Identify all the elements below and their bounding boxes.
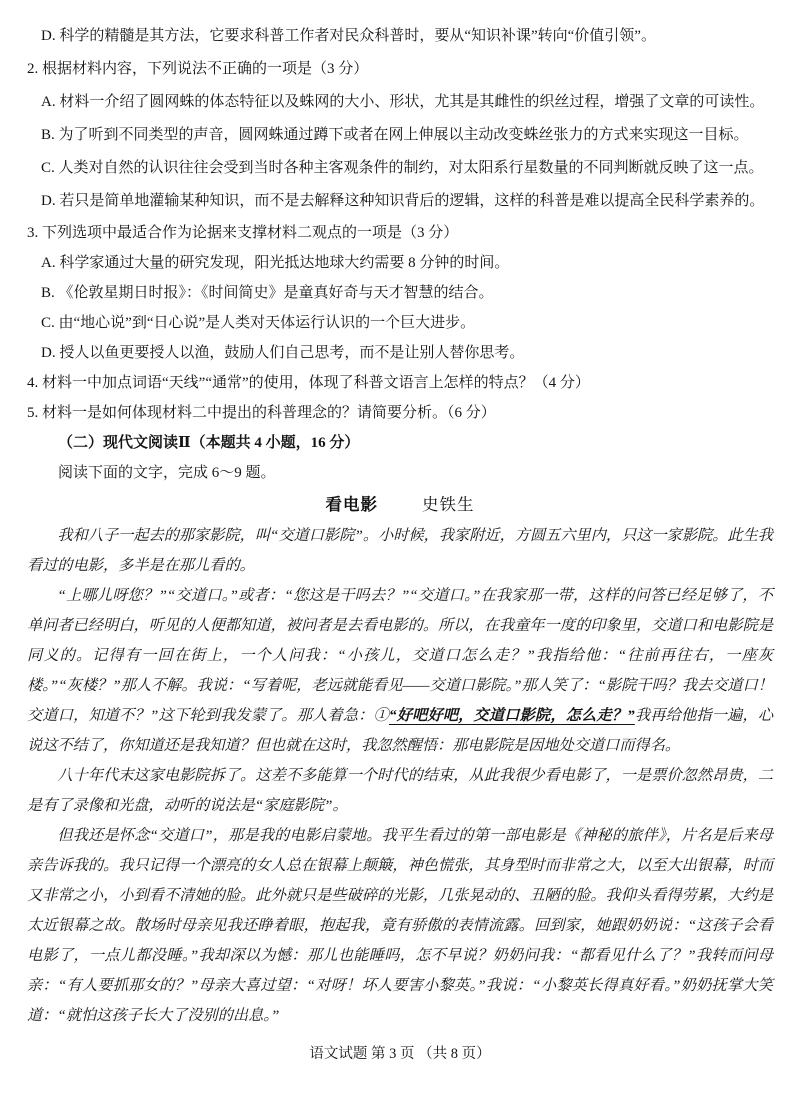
reading-instruction: 阅读下面的文字，完成 6～9 题。 — [27, 458, 773, 488]
page-footer: 语文试题 第 3 页 （共 8 页） — [27, 1044, 773, 1064]
q2-option-d: D. 若只是简单地灌输某种知识，而不是去解释这种知识背后的逻辑，这样的科普是难以… — [27, 185, 773, 218]
story-paragraph-1: 我和八子一起去的那家影院，叫“交道口影院”。小时候，我家附近，方圆五六里内，只这… — [27, 521, 773, 581]
q3-option-c: C. 由“地心说”到“日心说”是人类对天体运行认识的一个巨大进步。 — [27, 308, 773, 338]
q3-option-d: D. 授人以鱼更要授人以渔，鼓励人们自己思考，而不是让别人替你思考。 — [27, 338, 773, 368]
q2-option-c: C. 人类对自然的认识往往会受到当时各种主客观条件的制约，对太阳系行星数量的不同… — [27, 152, 773, 185]
section2-heading: （二）现代文阅读Ⅱ（本题共 4 小题，16 分） — [27, 428, 773, 458]
q1-option-d: D. 科学的精髓是其方法，它要求科普工作者对民众科普时，要从“知识补课”转向“价… — [27, 20, 773, 53]
story-title: 看电影 — [326, 495, 379, 514]
q3-option-a: A. 科学家通过大量的研究发现，阳光抵达地球大约需要 8 分钟的时间。 — [27, 248, 773, 278]
story-paragraph-4: 但我还是怀念“交道口”，那是我的电影启蒙地。我平生看过的第一部电影是《神秘的旅伴… — [27, 821, 773, 1031]
q2-option-b: B. 为了听到不同类型的声音，圆网蛛通过蹲下或者在网上伸展以主动改变蛛丝张力的方… — [27, 119, 773, 152]
q3-option-b: B. 《伦敦星期日时报》：《时间简史》是童真好奇与天才智慧的结合。 — [27, 278, 773, 308]
story-paragraph-2: “上哪儿呀您？”“交道口。”或者：“您这是干吗去？”“交道口。”在我家那一带，这… — [27, 581, 773, 761]
q2-option-a: A. 材料一介绍了圆网蛛的体态特征以及蛛网的大小、形状，尤其是其雌性的织丝过程，… — [27, 86, 773, 119]
story-p2-before: “上哪儿呀您？”“交道口。”或者：“您这是干吗去？”“交道口。”在我家那一带，这… — [27, 587, 773, 724]
story-paragraph-3: 八十年代末这家电影院拆了。这差不多能算一个时代的结束，从此我很少看电影了，一是票… — [27, 761, 773, 821]
story-title-row: 看电影史铁生 — [27, 488, 773, 521]
q5-stem: 5. 材料一是如何体现材料二中提出的科普理念的？请简要分析。（6 分） — [27, 398, 773, 428]
underlined-sentence-1: “好吧好吧，交道口影院，怎么走？” — [389, 707, 635, 724]
q4-stem: 4. 材料一中加点词语“天线”“通常”的使用，体现了科普文语言上怎样的特点？（4… — [27, 368, 773, 398]
q3-stem: 3. 下列选项中最适合作为论据来支撑材料二观点的一项是（3 分） — [27, 218, 773, 248]
q2-stem: 2. 根据材料内容，下列说法不正确的一项是（3 分） — [27, 53, 773, 86]
story-author: 史铁生 — [422, 495, 475, 514]
circled-one-marker: ① — [374, 707, 389, 724]
exam-page: D. 科学的精髓是其方法，它要求科普工作者对民众科普时，要从“知识补课”转向“价… — [0, 0, 800, 1100]
